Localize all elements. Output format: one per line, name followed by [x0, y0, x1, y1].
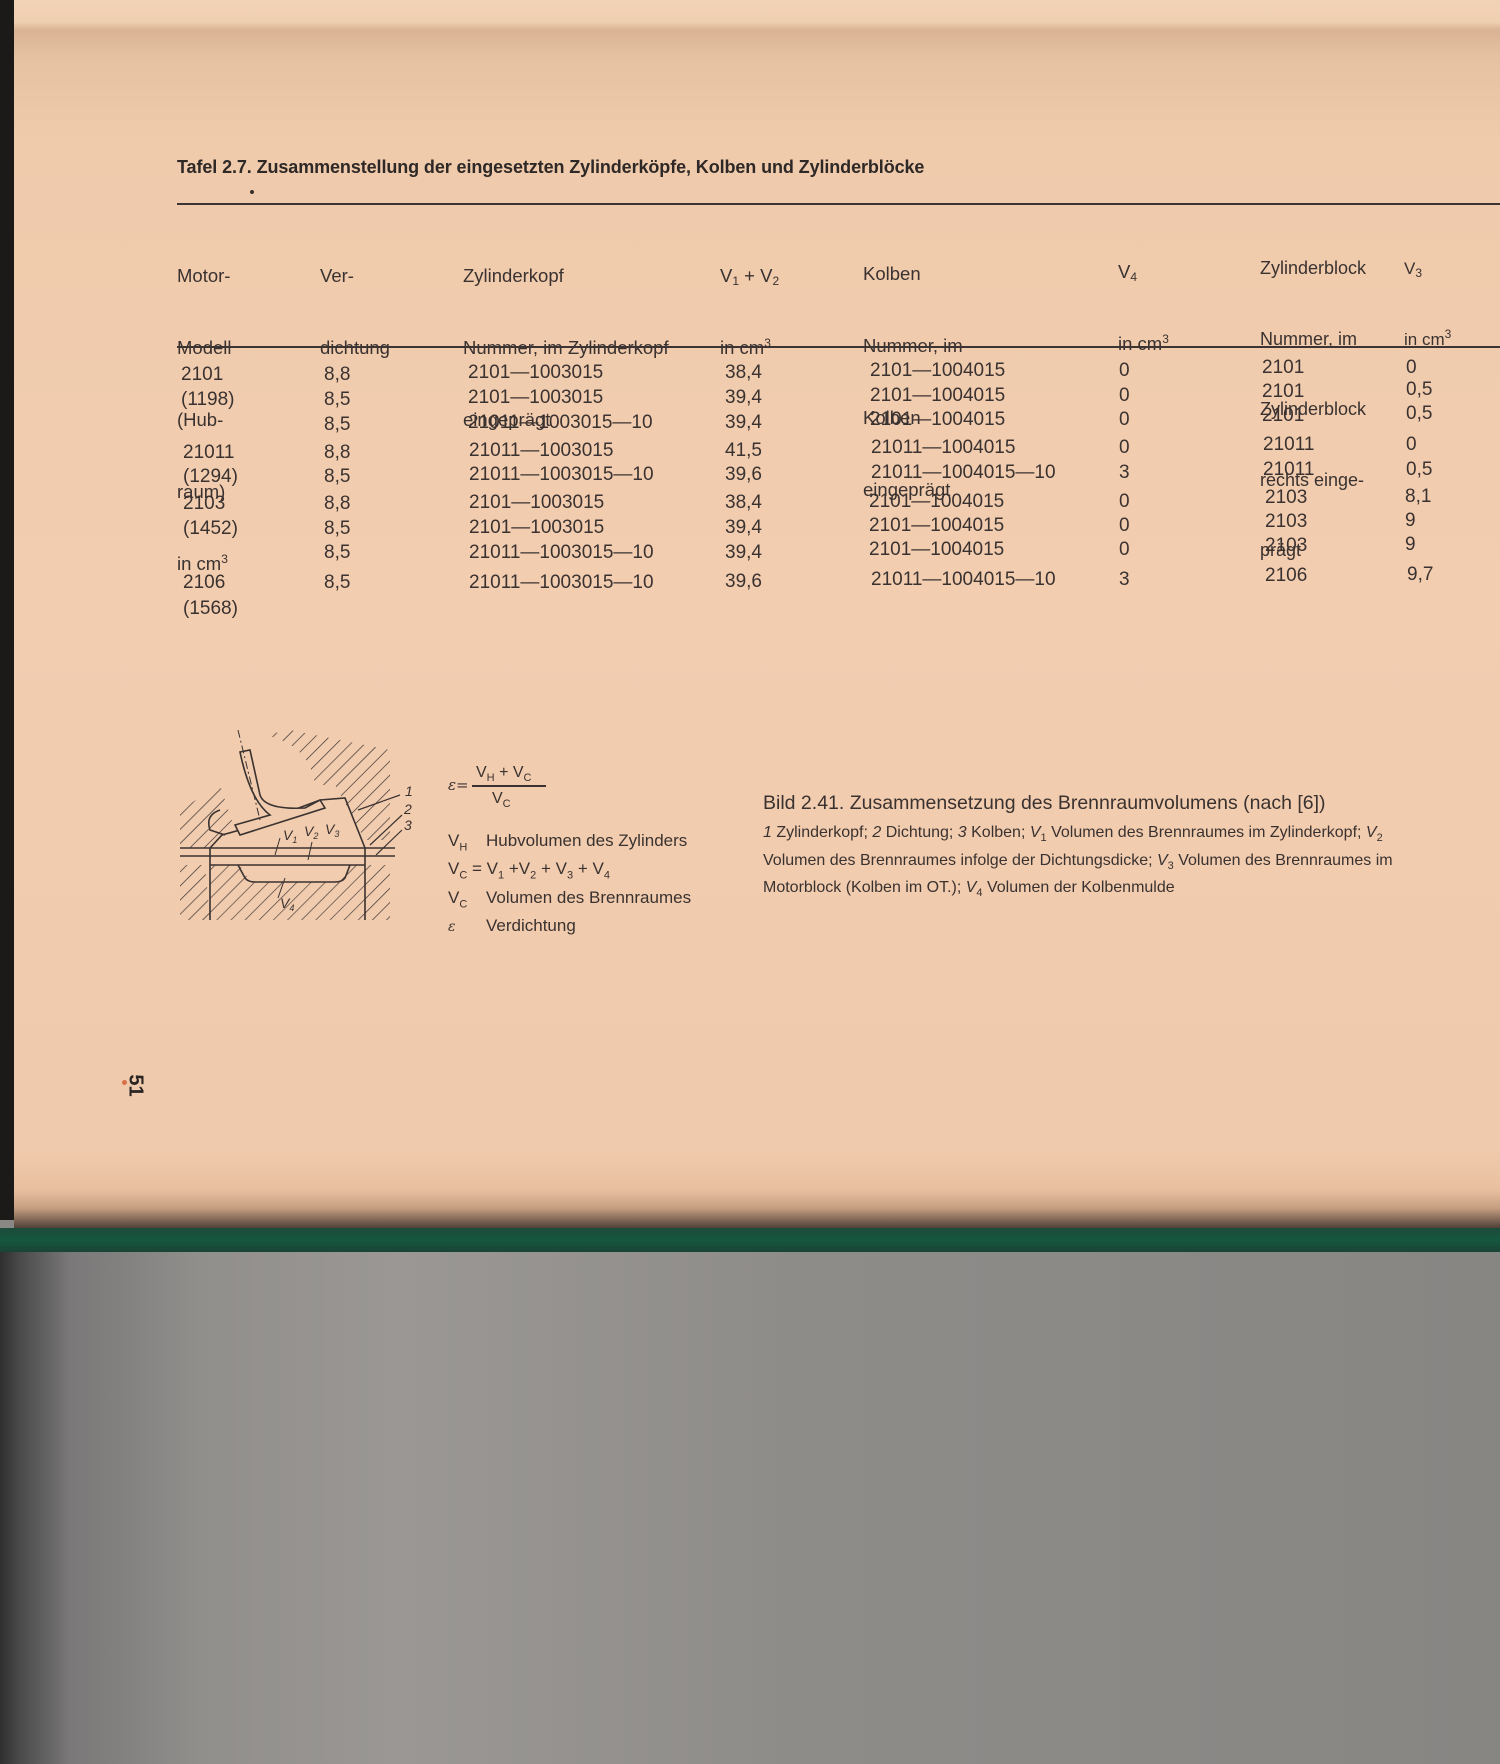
cell-v1v2: 39,4: [725, 541, 762, 565]
cell-head-no: 2101—1003015: [468, 361, 603, 385]
cell-block-no: 21011: [1263, 433, 1314, 457]
cell-compression: 8,8: [324, 492, 350, 516]
legend-row-vh: VHHubvolumen des Zylinders: [448, 830, 691, 858]
cell-block-no: 2101: [1262, 404, 1304, 428]
cell-v4: 0: [1119, 538, 1130, 562]
cell-v3: 8,1: [1405, 485, 1431, 509]
cell-piston-no: 21011—1004015—10: [871, 461, 1056, 485]
header-compression: Ver- dichtung: [320, 216, 390, 384]
cell-block-no: 21011: [1263, 458, 1314, 482]
cell-compression: 8,8: [324, 441, 350, 465]
cell-piston-no: 21011—1004015—10: [871, 568, 1056, 592]
cell-model: 2106: [183, 571, 225, 595]
book-left-edge-shadow: [0, 0, 14, 1220]
cell-block-no: 2103: [1265, 510, 1307, 534]
legend-row-vc: VCVolumen des Brennraumes: [448, 887, 691, 915]
cell-compression: 8,5: [324, 517, 350, 541]
cell-compression: 8,5: [324, 388, 350, 412]
formula-numerator: VH + VC: [476, 764, 531, 784]
cell-displacement: (1294): [183, 465, 238, 489]
cell-v1v2: 39,4: [725, 386, 762, 410]
cell-v4: 3: [1119, 461, 1130, 485]
cell-head-no: 21011—1003015—10: [469, 463, 654, 487]
callout-1-label: 1: [405, 783, 413, 799]
table-header-rule: [177, 346, 1500, 348]
cell-v1v2: 38,4: [725, 361, 762, 385]
cell-piston-no: 2101—1004015: [869, 490, 1004, 514]
cell-displacement: (1198): [181, 388, 235, 412]
cell-model: 2103: [183, 492, 225, 516]
formula-denominator: VC: [492, 790, 511, 810]
cell-head-no: 21011—1003015—10: [468, 411, 653, 435]
cell-block-no: 2103: [1265, 534, 1307, 558]
cell-v3: 0,5: [1406, 402, 1432, 426]
cell-v1v2: 39,4: [725, 411, 762, 435]
cell-block-no: 2101: [1262, 356, 1304, 380]
cell-model: 21011: [183, 441, 234, 465]
cell-piston-no: 2101—1004015: [870, 408, 1005, 432]
scanner-background: [0, 1252, 1500, 1764]
cell-head-no: 21011—1003015—10: [469, 541, 654, 565]
svg-text:V2: V2: [304, 823, 318, 841]
cell-v1v2: 41,5: [725, 439, 762, 463]
cell-compression: 8,5: [324, 541, 350, 565]
cell-v4: 0: [1119, 408, 1130, 432]
cell-v3: 0: [1406, 356, 1417, 380]
cell-compression: 8,5: [324, 413, 350, 437]
cell-compression: 8,5: [324, 465, 350, 489]
cell-block-no: 2101: [1262, 380, 1304, 404]
cell-v4: 0: [1119, 384, 1130, 408]
epsilon-symbol: ε=: [448, 776, 469, 794]
cell-displacement: (1568): [183, 597, 238, 621]
ink-speck: [250, 190, 254, 194]
svg-text:V3: V3: [325, 821, 339, 839]
cell-displacement: (1452): [183, 517, 238, 541]
header-v3: V3 in cm3: [1404, 210, 1451, 375]
combustion-chamber-diagram: 1 2 3 V1 V2 V3 V4: [180, 730, 420, 920]
cell-piston-no: 2101—1004015: [869, 514, 1004, 538]
table-title: Tafel 2.7. Zusammenstellung der eingeset…: [177, 157, 924, 178]
formula-legend: VHHubvolumen des Zylinders VC = V1 +V2 +…: [448, 830, 691, 938]
cell-v1v2: 38,4: [725, 491, 762, 515]
cell-model: 2101: [181, 363, 223, 387]
page-number: 51: [124, 1074, 147, 1096]
cell-v4: 0: [1119, 436, 1130, 460]
legend-row-epsilon: εVerdichtung: [448, 915, 691, 938]
cell-v4: 0: [1119, 490, 1130, 514]
cell-head-no: 2101—1003015: [469, 516, 604, 540]
cell-piston-no: 2101—1004015: [870, 384, 1005, 408]
callout-3-label: 3: [404, 817, 412, 833]
legend-row-vc-sum: VC = V1 +V2 + V3 + V4: [448, 858, 691, 886]
header-v1-v2: V1 + V2 in cm3: [720, 216, 779, 384]
cell-head-no: 21011—1003015: [469, 439, 613, 463]
book-page: [14, 0, 1500, 1190]
cell-compression: 8,8: [324, 363, 350, 387]
cell-v4: 3: [1119, 568, 1130, 592]
cell-v1v2: 39,6: [725, 570, 762, 594]
cell-v4: 0: [1119, 359, 1130, 383]
book-cover-edge: [0, 1228, 1500, 1252]
svg-text:V1: V1: [283, 827, 297, 845]
table-top-rule: [177, 203, 1500, 205]
cell-v3: 0: [1406, 433, 1417, 457]
cell-piston-no: 2101—1004015: [870, 359, 1005, 383]
cell-v1v2: 39,6: [725, 463, 762, 487]
cell-head-no: 21011—1003015—10: [469, 571, 654, 595]
cell-head-no: 2101—1003015: [468, 386, 603, 410]
fraction-bar: [472, 785, 546, 787]
cell-block-no: 2106: [1265, 564, 1307, 588]
figure-caption-body: 1 Zylinderkopf; 2 Dichtung; 3 Kolben; V1…: [763, 822, 1413, 905]
cell-v3: 0,5: [1406, 458, 1432, 482]
cell-v3: 9: [1405, 509, 1416, 533]
header-v4: V4 in cm3: [1118, 212, 1169, 380]
cell-v3: 0,5: [1406, 378, 1432, 402]
cell-v4: 0: [1119, 514, 1130, 538]
cell-piston-no: 2101—1004015: [869, 538, 1004, 562]
cell-block-no: 2103: [1265, 486, 1307, 510]
cell-v1v2: 39,4: [725, 516, 762, 540]
cell-piston-no: 21011—1004015: [871, 436, 1015, 460]
callout-2-label: 2: [403, 801, 412, 817]
cell-compression: 8,5: [324, 571, 350, 595]
cell-v3: 9: [1405, 533, 1416, 557]
figure-caption-title: Bild 2.41. Zusammensetzung des Brennraum…: [763, 792, 1326, 815]
cell-v3: 9,7: [1407, 563, 1433, 587]
cell-head-no: 2101—1003015: [469, 491, 604, 515]
